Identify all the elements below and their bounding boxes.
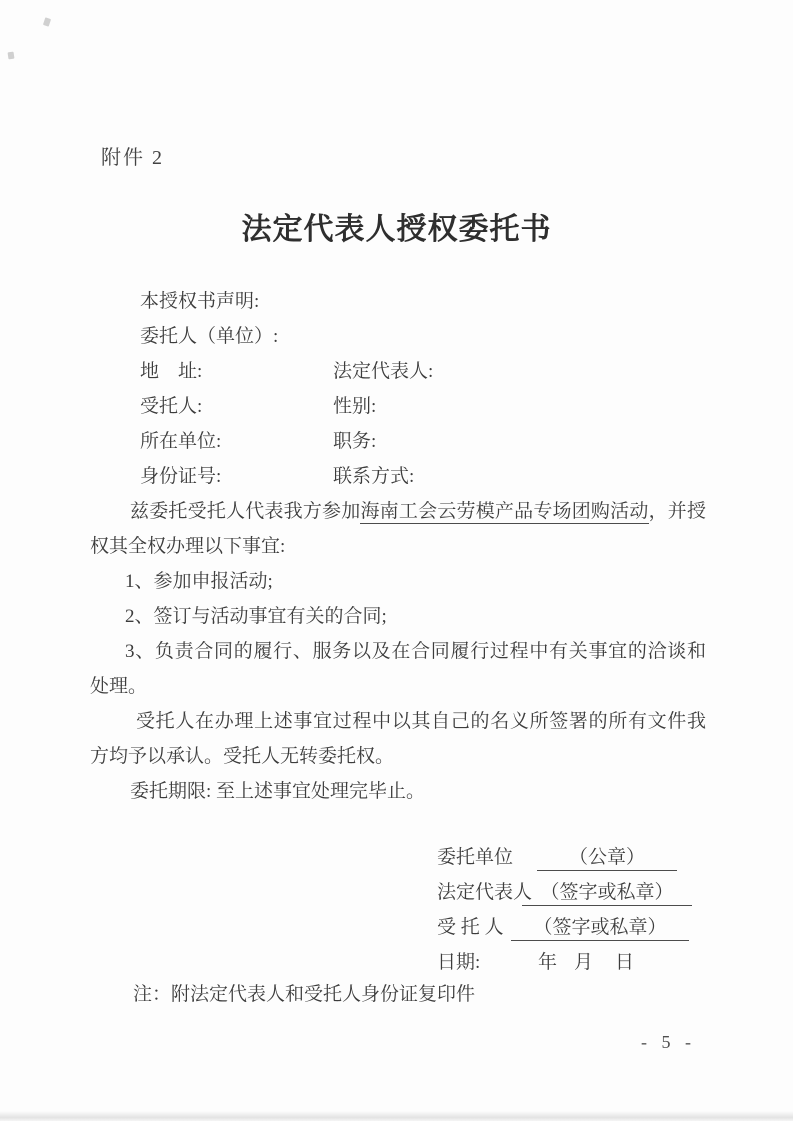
document-title: 法定代表人授权委托书 — [0, 204, 793, 248]
field-label-id-number: 身份证号: — [140, 466, 221, 487]
entrust-paragraph-line2: 权其全权办理以下事宜: — [90, 529, 706, 564]
field-label-trustee: 受托人: — [140, 396, 202, 417]
page-edge-shadow — [0, 1111, 793, 1121]
document-body: 本授权书声明: 委托人（单位）: 地 址:法定代表人: 受托人:性别: 所在单位… — [90, 284, 706, 809]
list-item-2: 2、签订与活动事宜有关的合同; — [90, 599, 706, 634]
field-label-legal-rep: 法定代表人: — [333, 354, 433, 389]
signature-row-trustee: 受 托 人 （签字或私章） — [437, 915, 717, 950]
signature-label-trustee: 受 托 人 — [437, 915, 504, 941]
attachment-label: 附件 2 — [101, 141, 164, 170]
field-row-trustee: 受托人:性别: — [90, 389, 706, 424]
field-label-position: 职务: — [333, 424, 376, 459]
confirmation-line1: 受托人在办理上述事宜过程中以其自己的名义所签署的所有文件我 — [90, 704, 706, 739]
field-client: 委托人（单位）: — [90, 319, 706, 354]
field-row-address: 地 址:法定代表人: — [90, 354, 706, 389]
date-row: 日期: 年 月 日 — [437, 950, 717, 985]
field-row-id-number: 身份证号:联系方式: — [90, 459, 706, 494]
field-row-employer: 所在单位:职务: — [90, 424, 706, 459]
list-item-3-line2: 处理。 — [90, 669, 706, 704]
signature-row-legal-rep: 法定代表人 （签字或私章） — [437, 880, 717, 915]
field-label-employer: 所在单位: — [140, 431, 221, 452]
list-item-3-line1: 3、负责合同的履行、服务以及在合同履行过程中有关事宜的洽谈和 — [90, 634, 706, 669]
date-label: 日期: — [437, 950, 480, 976]
declaration-intro: 本授权书声明: — [90, 284, 706, 319]
list-item-1: 1、参加申报活动; — [90, 564, 706, 599]
date-day-label: 日 — [615, 950, 634, 976]
scanned-document-page: 附件 2 法定代表人授权委托书 本授权书声明: 委托人（单位）: 地 址:法定代… — [0, 0, 793, 1121]
duration-line: 委托期限: 至上述事宜处理完毕止。 — [90, 774, 706, 809]
scan-artifact — [43, 17, 51, 26]
entrust-text-prefix: 兹委托受托人代表我方参加 — [130, 501, 360, 522]
signature-block: 委托单位 （公章） 法定代表人 （签字或私章） 受 托 人 （签字或私章） 日期… — [437, 845, 717, 985]
signature-line-trustee-seal: （签字或私章） — [511, 915, 689, 941]
entrust-text-suffix: ，并授 — [649, 501, 706, 522]
signature-line-unit-seal: （公章） — [537, 845, 677, 871]
entrust-paragraph-line1: 兹委托受托人代表我方参加海南工会云劳模产品专场团购活动，并授 — [90, 494, 706, 529]
confirmation-line2: 方均予以承认。受托人无转委托权。 — [90, 739, 706, 774]
signature-label-legal-rep: 法定代表人 — [437, 880, 532, 906]
signature-line-legal-rep-seal: （签字或私章） — [522, 880, 692, 906]
date-year-label: 年 — [538, 950, 557, 976]
signature-label-unit: 委托单位 — [437, 845, 513, 871]
signature-row-unit: 委托单位 （公章） — [437, 845, 717, 880]
note-line: 注：附法定代表人和受托人身份证复印件 — [133, 979, 475, 1006]
field-label-gender: 性别: — [333, 389, 376, 424]
activity-name-underlined: 海南工会云劳模产品专场团购活动 — [360, 501, 648, 524]
scan-artifact — [8, 52, 15, 60]
date-month-label: 月 — [574, 950, 593, 976]
page-number: - 5 - — [641, 1032, 696, 1053]
field-label-contact: 联系方式: — [333, 459, 414, 494]
field-label-address: 地 址: — [140, 361, 202, 382]
